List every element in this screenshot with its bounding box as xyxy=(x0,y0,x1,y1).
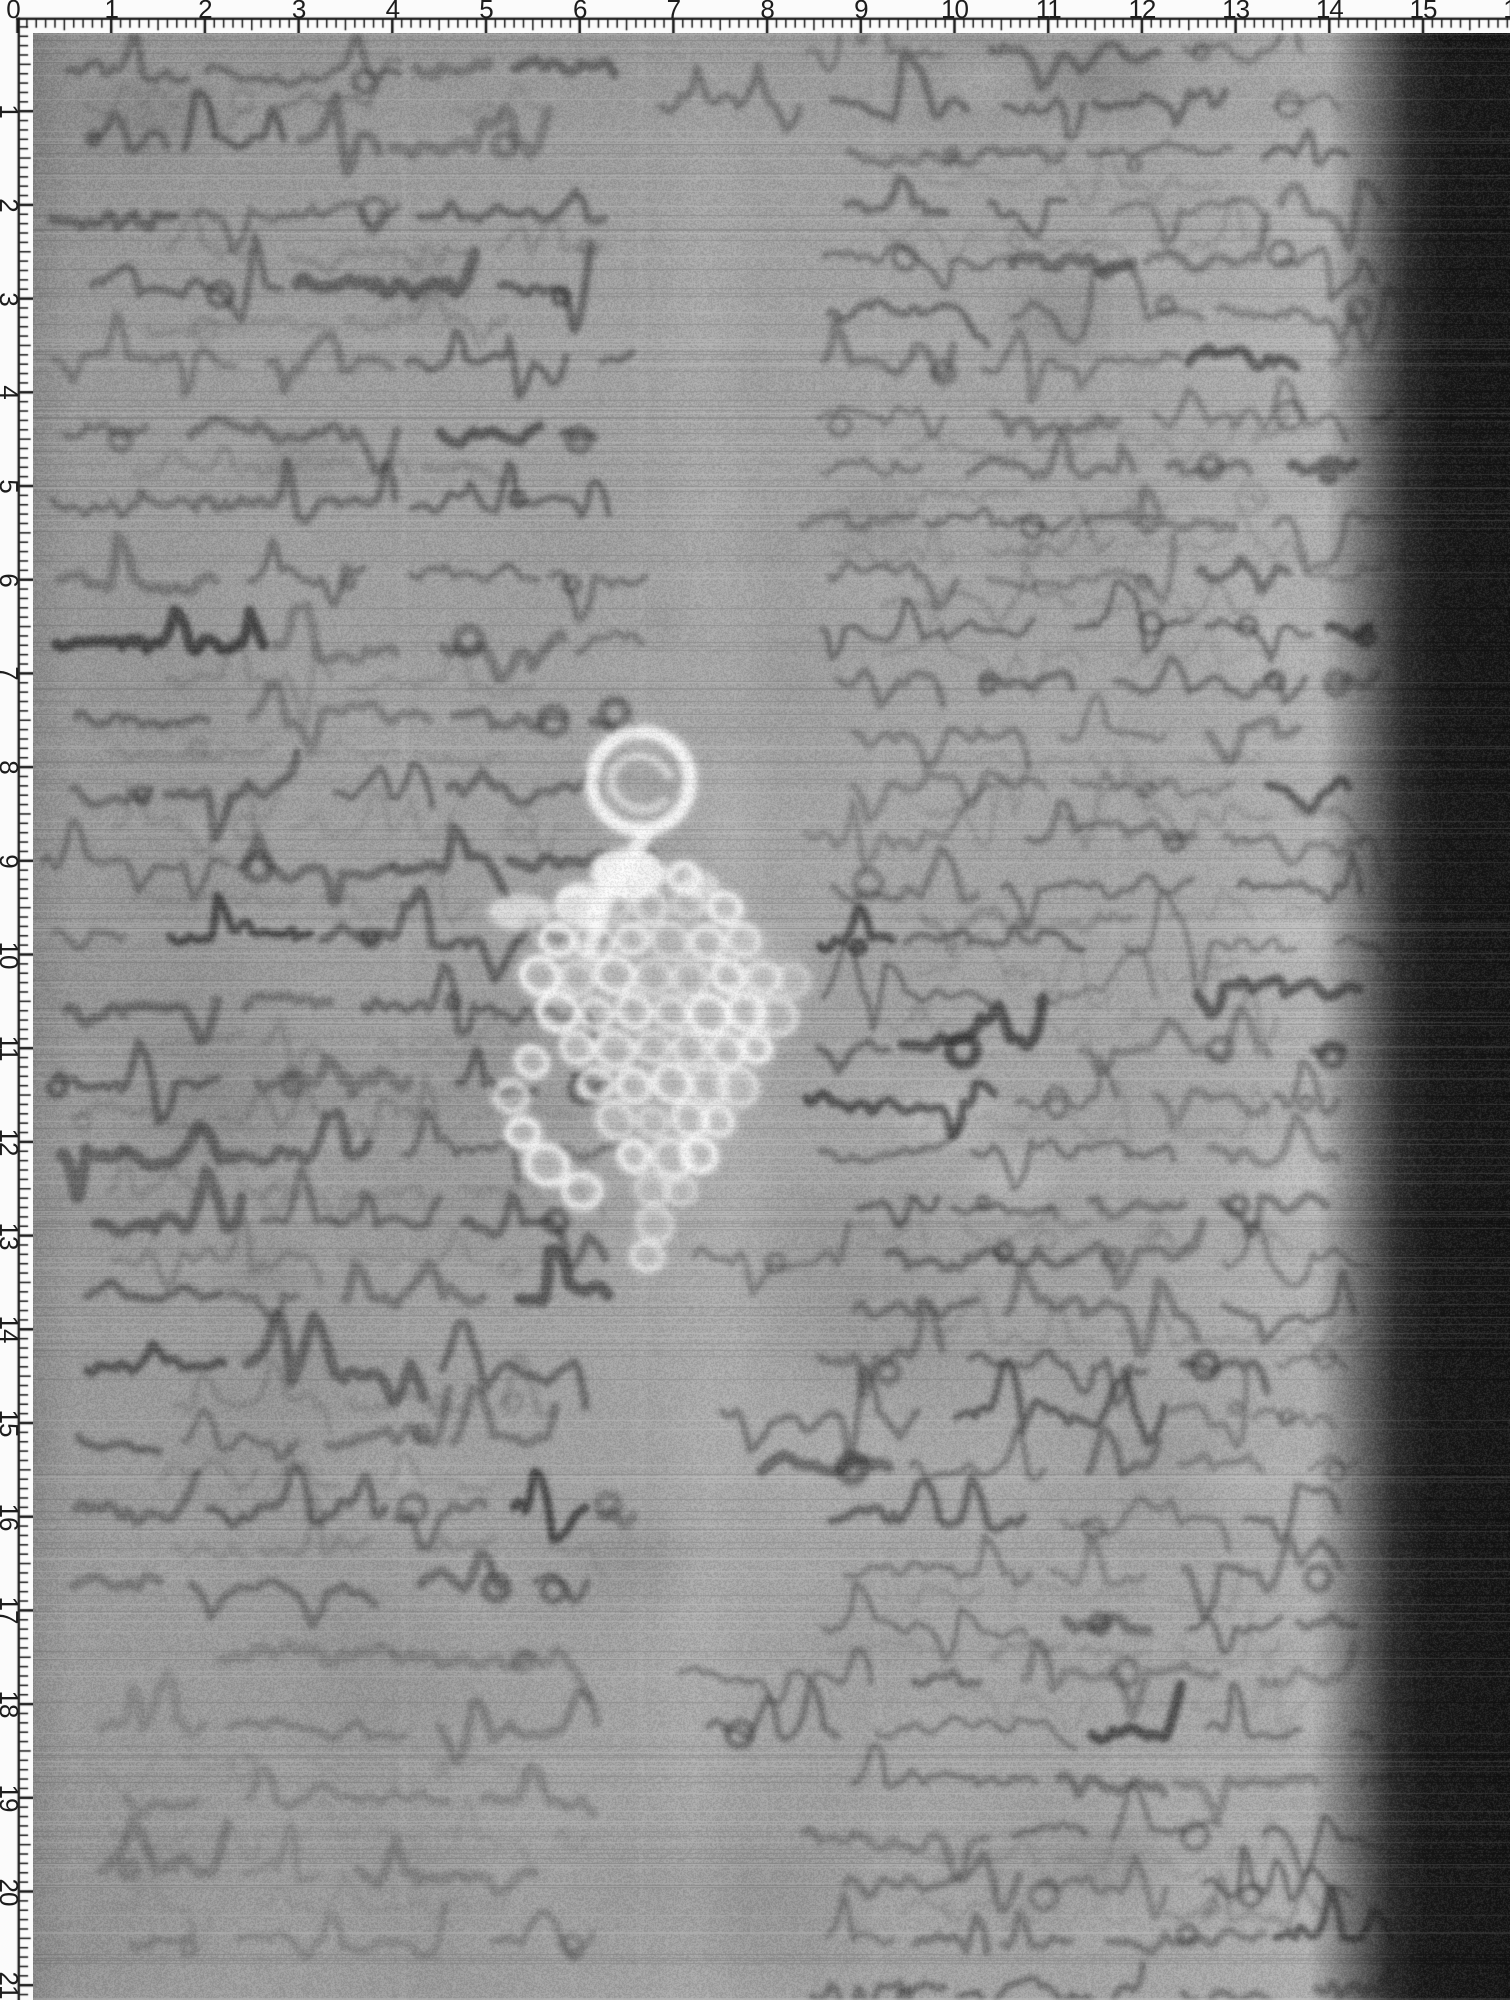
ruler-left-label-16: 16 xyxy=(0,1503,21,1530)
ruler-left-label-20: 20 xyxy=(0,1878,21,1905)
ruler-top-label-0: 0 xyxy=(6,0,19,21)
ruler-top-label-8: 8 xyxy=(760,0,773,21)
ruler-left: 123456789101112131415161718192021 xyxy=(0,33,33,2000)
ruler-left-label-17: 17 xyxy=(0,1597,21,1624)
ruler-top-label-11: 11 xyxy=(1036,0,1061,21)
ruler-left-label-18: 18 xyxy=(0,1691,21,1718)
ruler-top-label-6: 6 xyxy=(573,0,586,21)
ruler-top-label-13: 13 xyxy=(1222,0,1249,21)
ruler-top-label-9: 9 xyxy=(854,0,867,21)
ruler-left-label-21: 21 xyxy=(0,1972,21,1999)
ruler-left-label-6: 6 xyxy=(0,573,21,586)
ruler-top: 012345678910111213141516 xyxy=(0,0,1510,33)
ruler-top-label-3: 3 xyxy=(292,0,305,21)
ruler-top-label-14: 14 xyxy=(1316,0,1343,21)
ruler-top-label-4: 4 xyxy=(386,0,399,21)
ruler-left-label-12: 12 xyxy=(0,1128,21,1155)
ruler-left-label-14: 14 xyxy=(0,1316,21,1343)
ruler-top-ticks xyxy=(0,0,1510,33)
ruler-left-label-5: 5 xyxy=(0,479,21,492)
ruler-top-label-1: 1 xyxy=(104,0,117,21)
ruler-top-label-12: 12 xyxy=(1128,0,1155,21)
ruler-left-label-4: 4 xyxy=(0,386,21,399)
ruler-left-label-9: 9 xyxy=(0,854,21,867)
ruler-left-label-19: 19 xyxy=(0,1784,21,1811)
manuscript-scan-viewport: 012345678910111213141516 123456789101112… xyxy=(0,0,1510,2000)
film-grain-layer xyxy=(33,33,1510,2000)
ruler-top-label-15: 15 xyxy=(1410,0,1437,21)
ruler-left-label-11: 11 xyxy=(0,1036,21,1061)
ruler-left-label-8: 8 xyxy=(0,760,21,773)
ruler-left-label-10: 10 xyxy=(0,941,21,968)
ruler-left-label-13: 13 xyxy=(0,1222,21,1249)
ruler-left-label-1: 1 xyxy=(0,104,21,117)
ruler-top-label-10: 10 xyxy=(941,0,968,21)
ruler-left-label-2: 2 xyxy=(0,198,21,211)
ruler-left-label-15: 15 xyxy=(0,1410,21,1437)
ruler-top-label-7: 7 xyxy=(667,0,680,21)
manuscript-photo xyxy=(33,33,1510,2000)
ruler-top-label-2: 2 xyxy=(198,0,211,21)
ruler-top-label-5: 5 xyxy=(479,0,492,21)
ruler-left-label-3: 3 xyxy=(0,292,21,305)
ruler-top-label-16: 16 xyxy=(1503,0,1510,21)
ruler-left-label-7: 7 xyxy=(0,667,21,680)
